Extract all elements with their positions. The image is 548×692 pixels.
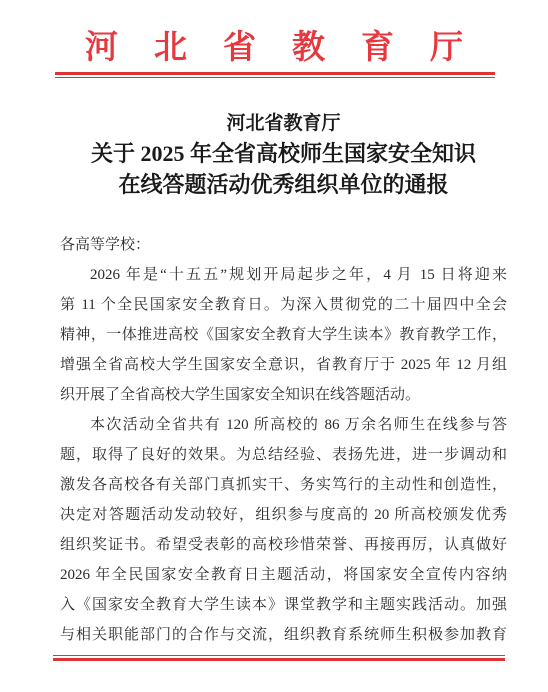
body-paragraphs: 2026 年是“十五五”规划开局起步之年，4 月 15 日将迎来第 11 个全民…: [60, 260, 507, 650]
letterhead-rule-thin: [55, 77, 495, 78]
body-line: 2026 年全民国家安全教育日主题活动，将国家安全宣传内容纳: [60, 560, 507, 590]
document-page: 河北省教育厅 河北省教育厅 关于 2025 年全省高校师生国家安全知识 在线答题…: [0, 0, 548, 692]
body-line: 决定对答题活动发动较好，组织参与度高的 20 所高校颁发优秀: [60, 500, 507, 530]
title-issuer-line: 河北省教育厅: [60, 110, 507, 138]
body-line: 本次活动全省共有 120 所高校的 86 万余名师生在线参与答: [60, 410, 507, 440]
document-title: 河北省教育厅 关于 2025 年全省高校师生国家安全知识 在线答题活动优秀组织单…: [60, 110, 507, 200]
footer-rule: [53, 655, 505, 661]
title-subject-line-1: 关于 2025 年全省高校师生国家安全知识: [60, 138, 507, 169]
body-line: 第 11 个全民国家安全教育日。为深入贯彻党的二十届四中全会: [60, 290, 507, 320]
body-line: 入《国家安全教育大学生读本》课堂教学和主题实践活动。加强: [60, 590, 507, 620]
paragraph: 2026 年是“十五五”规划开局起步之年，4 月 15 日将迎来第 11 个全民…: [60, 260, 507, 410]
body-line: 激发各高校各有关部门真抓实干、务实笃行的主动性和创造性，: [60, 470, 507, 500]
body-line: 2026 年是“十五五”规划开局起步之年，4 月 15 日将迎来: [60, 260, 507, 290]
paragraph: 本次活动全省共有 120 所高校的 86 万余名师生在线参与答题，取得了良好的效…: [60, 410, 507, 650]
body-line: 与相关职能部门的合作与交流，组织教育系统师生积极参加教育: [60, 620, 507, 650]
letterhead-rule: [55, 72, 495, 78]
letterhead-agency-name: 河北省教育厅: [0, 21, 548, 68]
body-line: 精神，一体推进高校《国家安全教育大学生读本》教育教学工作，: [60, 320, 507, 350]
footer-rule-thick: [53, 658, 505, 661]
title-subject-line-2: 在线答题活动优秀组织单位的通报: [60, 169, 507, 200]
body-line: 织开展了全省高校大学生国家安全知识在线答题活动。: [60, 380, 507, 410]
body-line: 题，取得了良好的效果。为总结经验、表扬先进，进一步调动和: [60, 440, 507, 470]
document-body: 各高等学校： 2026 年是“十五五”规划开局起步之年，4 月 15 日将迎来第…: [60, 230, 507, 650]
body-line: 组织奖证书。希望受表彰的高校珍惜荣誉、再接再厉，认真做好: [60, 530, 507, 560]
body-line: 增强全省高校大学生国家安全意识，省教育厅于 2025 年 12 月组: [60, 350, 507, 380]
salutation: 各高等学校：: [60, 230, 507, 260]
